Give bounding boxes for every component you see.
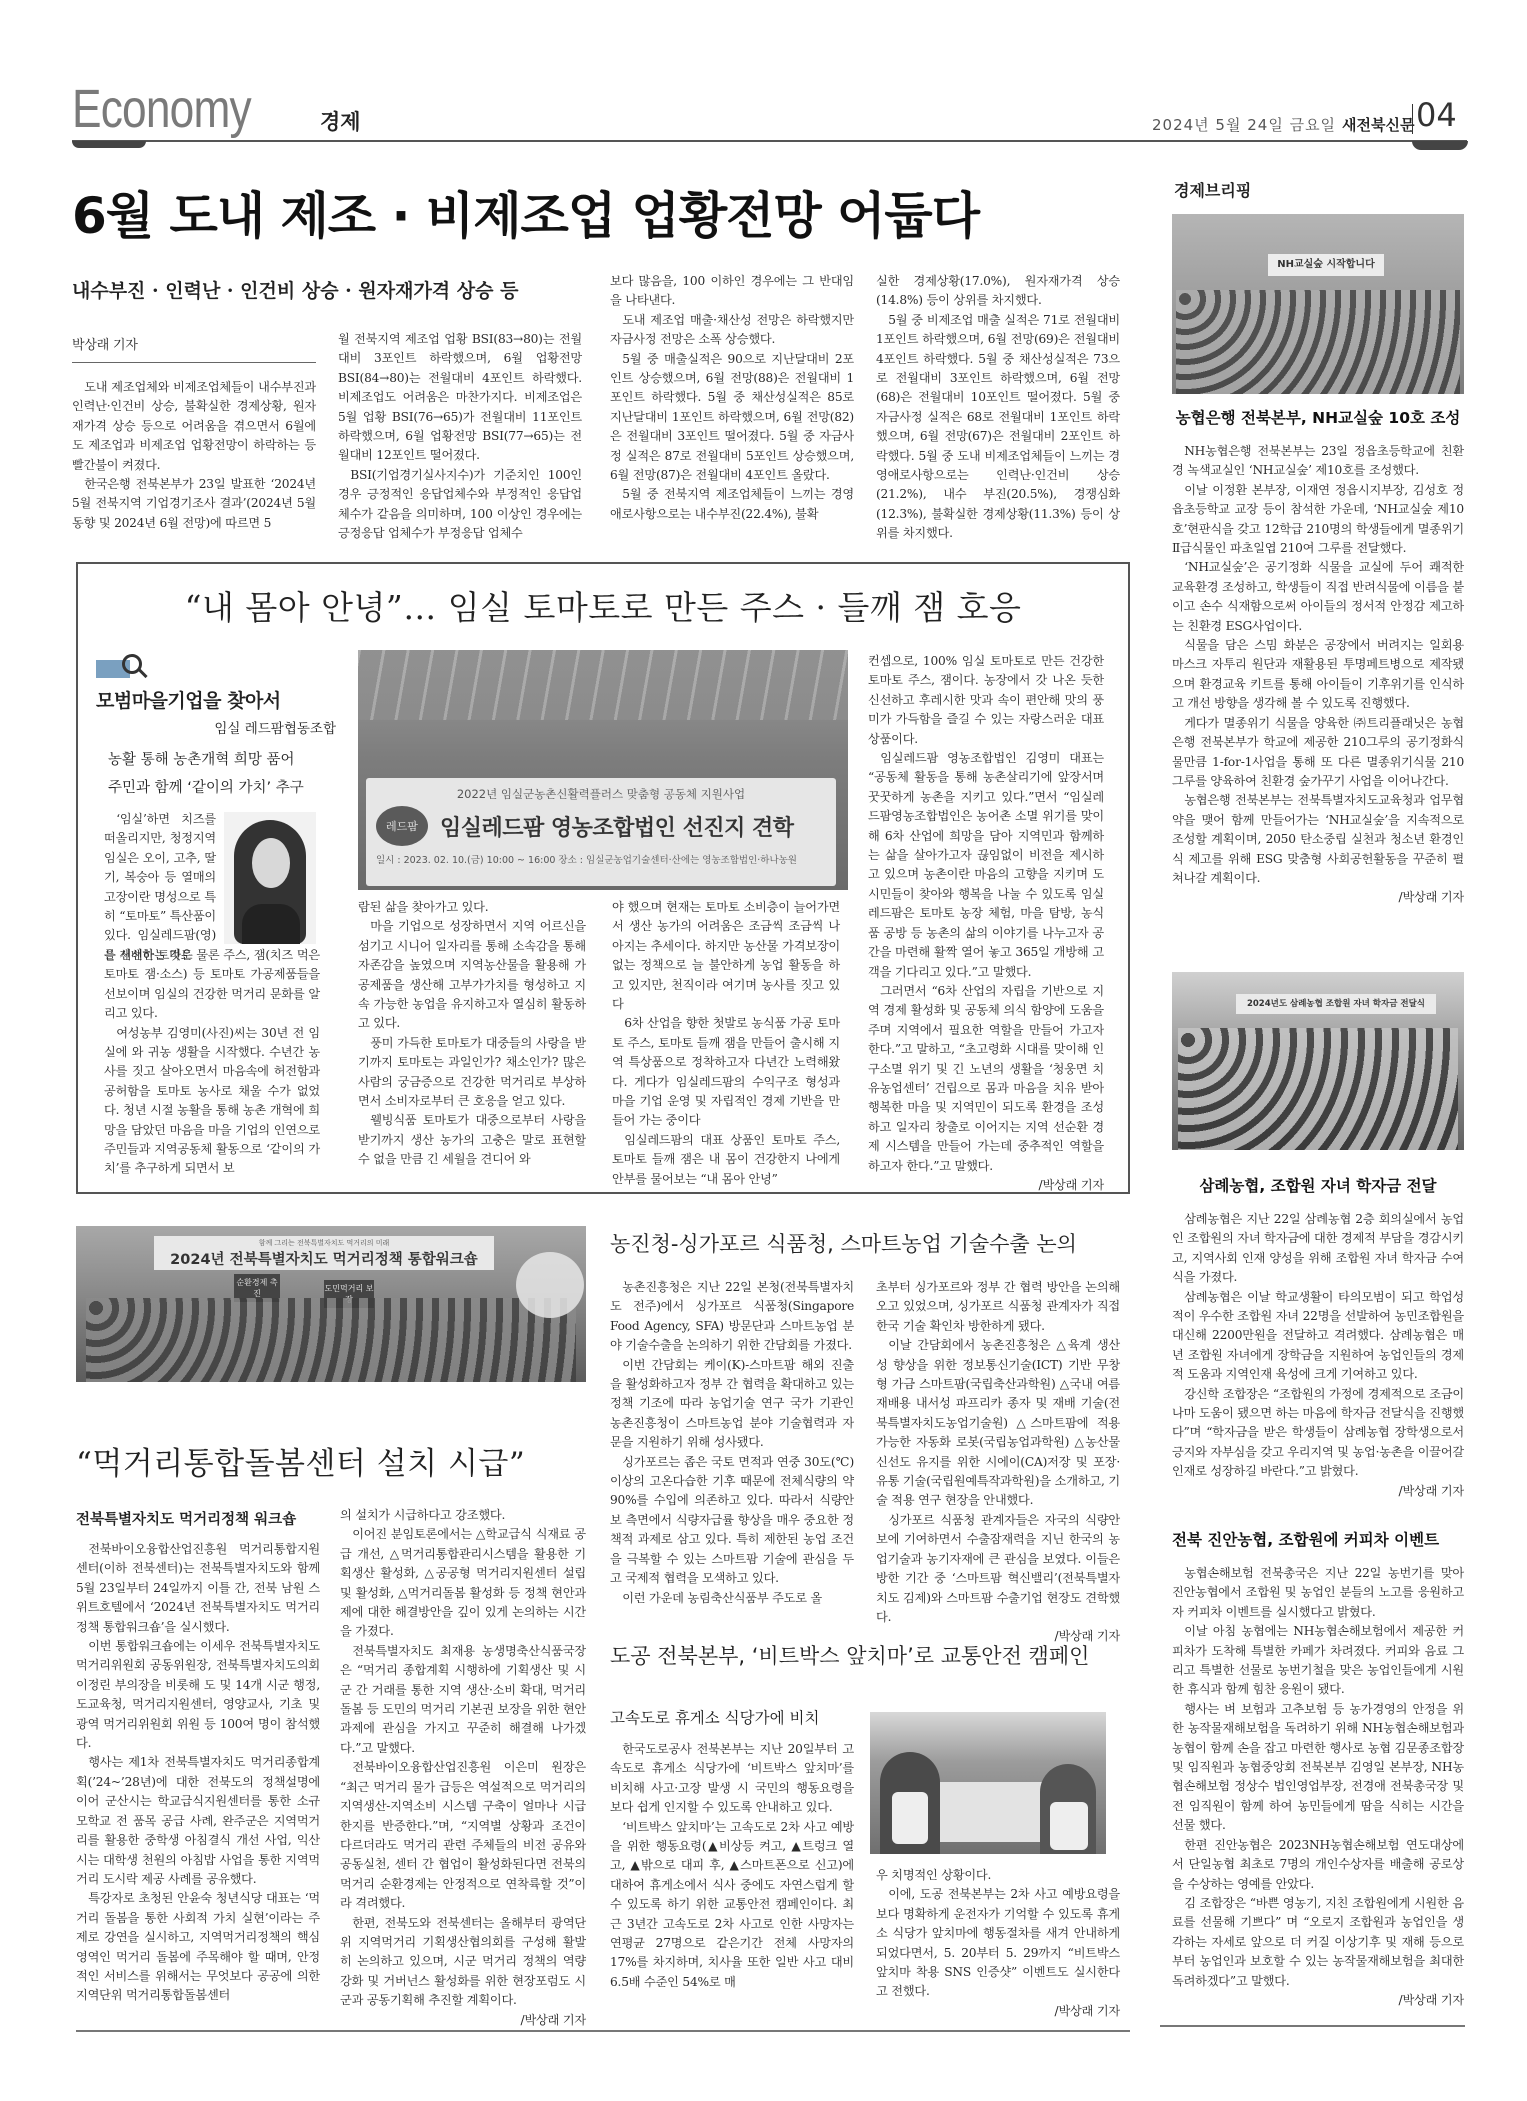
redfarm-logo: 레드팜 xyxy=(376,806,428,846)
feature-photo: 2022년 임실군농촌신활력플러스 맞춤형 공동체 지원사업 레드팜 임실레드팜… xyxy=(358,650,848,890)
section-title-kr: 경제 xyxy=(320,106,361,136)
byline-rule xyxy=(72,362,316,363)
feature-byline: /박상래 기자 xyxy=(868,1176,1104,1195)
students-group xyxy=(1176,290,1460,394)
magnifier-icon xyxy=(96,654,152,682)
feature-column-1: 를 재배하는 것은 물론 주스, 잼(치즈 먹은 토마토 잼·소스) 등 토마토… xyxy=(104,946,320,1179)
series-company: 임실 레드팜협동조합 xyxy=(96,717,336,737)
briefing-item-1: 농협은행 전북본부, NH교실숲 10호 조성 NH농협은행 전북본부는 23일… xyxy=(1172,406,1464,908)
lead-column-1: 도내 제조업체와 비제조업체들이 내수부진과 인력난·인건비 상승, 불확실한 … xyxy=(72,378,316,533)
rda-column-1: 농촌진흥청은 지난 22일 본청(전북특별자치도 전주)에서 싱가포르 식품청(… xyxy=(610,1278,854,1608)
lead-subheadline: 내수부진 · 인력난 · 인건비 상승 · 원자재가격 상승 등 xyxy=(72,276,518,303)
briefing-item-3: 전북 진안농협, 조합원에 커피차 이벤트 농협손해보험 전북총국은 지난 22… xyxy=(1172,1528,1464,2010)
section-title-en: Economy xyxy=(72,78,251,140)
page-divider xyxy=(1412,104,1413,134)
workshop-photo: 함께 그리는 전북특별자치도 먹거리의 미래 2024년 전북특별자치도 먹거리… xyxy=(76,1226,586,1382)
feature-column-2: 람된 삶을 찾아가고 있다. 마을 기업으로 성장하면서 지역 어르신을 섬기고… xyxy=(358,898,586,1170)
crowd xyxy=(86,1298,576,1382)
apron-right xyxy=(1050,1802,1088,1850)
table xyxy=(940,1782,1050,1842)
apron-left xyxy=(892,1792,928,1844)
flower-decoration xyxy=(516,1252,584,1318)
page-tab-decoration xyxy=(1412,141,1468,150)
briefing-byline: /박상래 기자 xyxy=(1172,1991,1464,2010)
feature-headline: “내 몸아 안녕”… 임실 토마토로 만든 주스 · 들깨 잼 호응 xyxy=(80,582,1126,629)
lead-column-4: 실한 경제상황(17.0%), 원자재가격 상승(14.8%) 등이 상위를 차… xyxy=(876,272,1120,544)
workshop-banner: 함께 그리는 전북특별자치도 먹거리의 미래 2024년 전북특별자치도 먹거리… xyxy=(154,1236,494,1270)
lead-headline: 6월 도내 제조 · 비제조업 업황전망 어둡다 xyxy=(72,176,979,248)
briefing-item-title: 농협은행 전북본부, NH교실숲 10호 조성 xyxy=(1172,406,1464,428)
bottom-rule-right xyxy=(1160,2025,1465,2027)
food-subhead: 전북특별자치도 먹거리정책 워크숍 xyxy=(76,1508,296,1529)
food-headline: “먹거리통합돌봄센터 설치 시급” xyxy=(76,1438,525,1483)
rda-headline: 농진청-싱가포르 식품청, 스마트농업 기술수출 논의 xyxy=(610,1228,1077,1258)
briefing-title: 경제브리핑 xyxy=(1174,178,1251,201)
paper-name: 새전북신문 xyxy=(1342,114,1414,135)
food-column-2: 의 설치가 시급하다고 강조했다. 이어진 분임토론에서는 △학교급식 식재료 … xyxy=(340,1506,586,2030)
food-byline: /박상래 기자 xyxy=(340,2011,586,2030)
lead-byline: 박상래 기자 xyxy=(72,336,138,355)
nh-classroom-banner: NH교실숲 시작합니다 xyxy=(1268,254,1384,276)
feature-column-4: 컨셉으로, 100% 임실 토마토로 만든 건강한 토마토 주스, 잼이다. 농… xyxy=(868,652,1104,1195)
series-badge: 모범마을기업을 찾아서 임실 레드팜협동조합 xyxy=(96,654,336,737)
portrait-face xyxy=(252,838,290,888)
ceremony-group xyxy=(1178,1028,1458,1150)
briefing-item-title: 전북 진안농협, 조합원에 커피차 이벤트 xyxy=(1172,1528,1464,1550)
apron-photo xyxy=(870,1712,1106,1854)
briefing-byline: /박상래 기자 xyxy=(1172,1482,1464,1501)
page-number: 04 xyxy=(1416,96,1457,134)
briefing-item-2: 삼례농협, 조합원 자녀 학자금 전달 삼례농협은 지난 22일 삼례농협 2층… xyxy=(1172,1174,1464,1501)
masthead: Economy 경제 2024년 5월 24일 금요일 새전북신문 04 xyxy=(72,84,1467,154)
expressway-headline: 도공 전북본부, ‘비트박스 앞치마’로 교통안전 캠페인 xyxy=(610,1640,1089,1670)
expressway-column-2: 우 치명적인 상황이다. 이에, 도공 전북본부는 2차 사고 예방요령을 보다… xyxy=(876,1866,1120,2021)
feature-column-1-wrap: ‘임실’하면 치즈를 떠올리지만, 청정지역 임실은 오이, 고추, 딸기, 복… xyxy=(104,810,216,965)
lead-column-2: 월 전북지역 제조업 업황 BSI(83→80)는 전월대비 3포인트 하락했으… xyxy=(338,330,582,543)
expressway-subhead: 고속도로 휴게소 식당가에 비치 xyxy=(610,1706,819,1728)
feature-deck: 농활 통해 농촌개혁 희망 품어 주민과 함께 ‘같이의 가치’ 추구 xyxy=(108,746,338,802)
bottom-rule-left xyxy=(76,2030,1130,2032)
expressway-byline: /박상래 기자 xyxy=(876,2002,1120,2021)
scholarship-banner: 2024년도 삼례농협 조합원 자녀 학자금 전달식 xyxy=(1236,994,1436,1014)
feature-column-3: 야 했으며 현재는 토마토 소비층이 늘어가면서 생산 농가의 어려움은 조금씩… xyxy=(612,898,840,1189)
issue-date: 2024년 5월 24일 금요일 xyxy=(1152,114,1336,135)
briefing-item-title: 삼례농협, 조합원 자녀 학자금 전달 xyxy=(1172,1174,1464,1196)
series-title: 모범마을기업을 찾아서 xyxy=(96,686,336,713)
rda-column-2: 초부터 싱가포르와 정부 간 협력 방안을 논의해 오고 있었으며, 싱가포르 … xyxy=(876,1278,1120,1647)
economy-tab-decoration xyxy=(72,141,146,148)
portrait-body xyxy=(242,904,300,944)
briefing-photo-2: 2024년도 삼례농협 조합원 자녀 학자금 전달식 xyxy=(1172,972,1464,1150)
header-rule xyxy=(72,140,1467,142)
portrait-photo xyxy=(224,812,316,944)
greenhouse-frame xyxy=(358,650,848,720)
photo-banner: 2022년 임실군농촌신활력플러스 맞춤형 공동체 지원사업 레드팜 임실레드팜… xyxy=(366,778,836,886)
lead-column-3: 보다 많음을, 100 이하인 경우에는 그 반대임을 나타낸다. 도내 제조업… xyxy=(610,272,854,524)
expressway-column-1: 한국도로공사 전북본부는 지난 20일부터 고속도로 휴게소 식당가에 ‘비트박… xyxy=(610,1740,854,1992)
briefing-byline: /박상래 기자 xyxy=(1172,888,1464,907)
food-column-1: 전북바이오융합산업진흥원 먹거리통합지원센터(이하 전북센터)는 전북특별자치도… xyxy=(76,1540,320,2006)
briefing-photo-1: NH교실숲 시작합니다 xyxy=(1172,214,1464,394)
